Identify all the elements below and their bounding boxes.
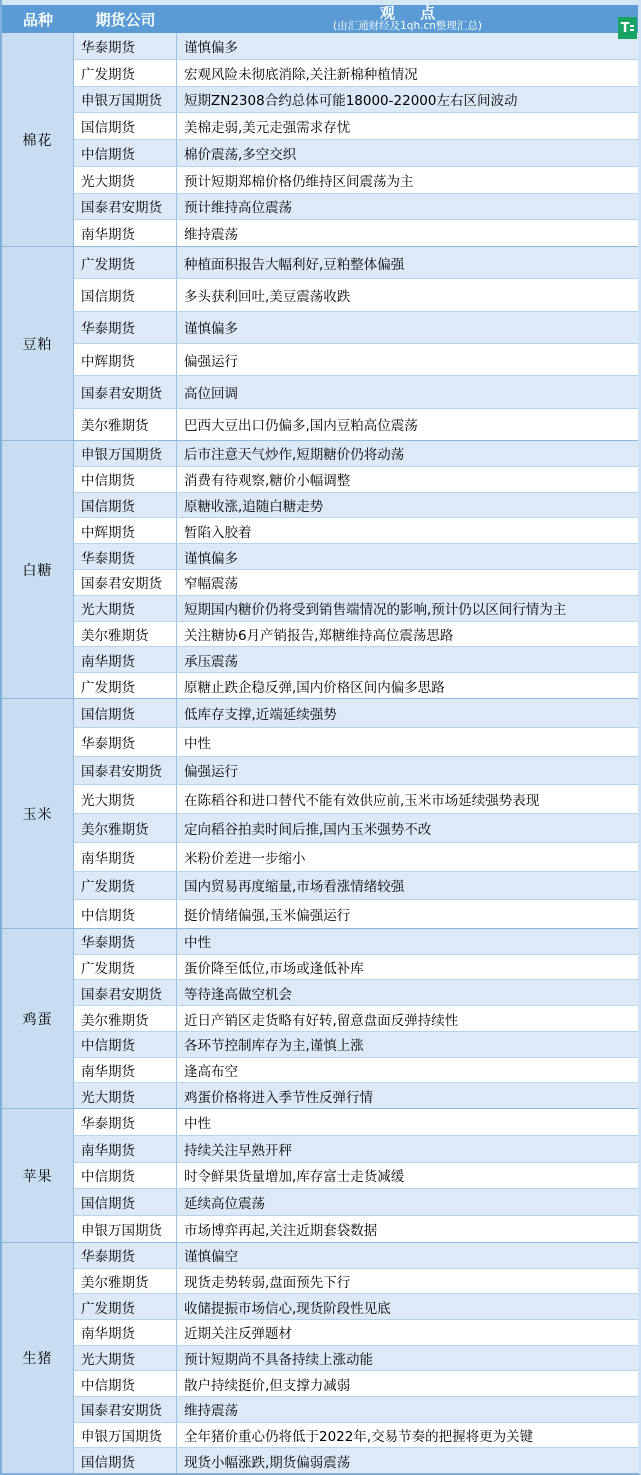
table-row: 南华期货承压震荡 [74,646,638,672]
table-row: 申银万国期货市场博弈再起,关注近期套袋数据 [74,1215,638,1242]
company-cell: 光大期货 [74,1346,177,1371]
group-rows: 华泰期货谨慎偏空美尔雅期货现货走势转弱,盘面预先下行广发期货收储提振市场信心,现… [74,1243,638,1473]
commodity-group: 鸡蛋华泰期货中性广发期货蛋价降至低位,市场或逢低补库国泰君安期货等待逢高做空机会… [2,928,638,1108]
group-rows: 华泰期货谨慎偏多广发期货宏观风险未彻底消除,关注新棉种植情况申银万国期货短期ZN… [74,33,638,246]
view-cell: 全年猪价重心仍将低于2022年,交易节奏的把握将更为关键 [177,1423,638,1448]
table-row: 美尔雅期货关注糖协6月产销报告,郑糖维持高位震荡思路 [74,621,638,647]
table-row: 美尔雅期货定向稻谷拍卖时间后推,国内玉米强势不改 [74,813,638,842]
company-cell: 中辉期货 [74,344,177,375]
company-cell: 国泰君安期货 [74,1397,177,1422]
view-cell: 等待逢高做空机会 [177,980,638,1005]
table-row: 中信期货散户持续挺价,但支撑力减弱 [74,1370,638,1396]
view-cell: 高位回调 [177,376,638,407]
company-cell: 国泰君安期货 [74,194,177,220]
view-cell: 中性 [177,1109,638,1135]
company-cell: 国泰君安期货 [74,376,177,407]
table-row: 中信期货棉价震荡,多空交织 [74,139,638,166]
company-cell: 中信期货 [74,1163,177,1189]
table-row: 广发期货原糖止跌企稳反弹,国内价格区间内偏多思路 [74,672,638,698]
company-cell: 申银万国期货 [74,87,177,113]
table-row: 申银万国期货全年猪价重心仍将低于2022年,交易节奏的把握将更为关键 [74,1422,638,1448]
view-cell: 巴西大豆出口仍偏多,国内豆粕高位震荡 [177,409,638,440]
view-cell: 棉价震荡,多空交织 [177,140,638,166]
table-row: 美尔雅期货巴西大豆出口仍偏多,国内豆粕高位震荡 [74,408,638,440]
company-cell: 广发期货 [74,955,177,980]
header-view-subtitle: (由汇通财经及1qh.cn整理汇总) [333,21,482,32]
company-cell: 广发期货 [74,1294,177,1319]
company-cell: 华泰期货 [74,33,177,59]
table-row: 光大期货预计短期郑棉价格仍维持区间震荡为主 [74,166,638,193]
view-cell: 短期国内糖价仍将受到销售端情况的影响,预计仍以区间行情为主 [177,596,638,621]
commodity-group: 生猪华泰期货谨慎偏空美尔雅期货现货走势转弱,盘面预先下行广发期货收储提振市场信心… [2,1242,638,1473]
table-row: 华泰期货谨慎偏多 [74,33,638,59]
company-cell: 华泰期货 [74,929,177,954]
table-row: 中信期货时令鲜果货量增加,库存富士走货减缓 [74,1162,638,1189]
view-cell: 宏观风险未彻底消除,关注新棉种植情况 [177,60,638,86]
commodity-group: 白糖申银万国期货后市注意天气炒作,短期糖价仍将动荡中信期货消费有待观察,糖价小幅… [2,440,638,698]
view-cell: 持续关注早熟开秤 [177,1136,638,1162]
table-row: 广发期货蛋价降至低位,市场或逢低补库 [74,954,638,980]
view-cell: 各环节控制库存为主,谨慎上涨 [177,1032,638,1057]
commodity-group: 豆粕广发期货种植面积报告大幅利好,豆粕整体偏强国信期货多头获利回吐,美豆震荡收跌… [2,246,638,440]
header-variety-column: 品种 [2,5,74,33]
company-cell: 华泰期货 [74,1243,177,1268]
view-cell: 国内贸易再度缩量,市场看涨情绪较强 [177,872,638,900]
view-cell: 中性 [177,728,638,756]
table-row: 光大期货鸡蛋价格将进入季节性反弹行情 [74,1082,638,1108]
commodity-group: 玉米国信期货低库存支撑,近端延续强势华泰期货中性国泰君安期货偏强运行光大期货在陈… [2,698,638,928]
futures-opinions-table: 品种 期货公司 观 点 (由汇通财经及1qh.cn整理汇总) T 棉花华泰期货谨… [0,0,641,1475]
table-row: 国泰君安期货窄幅震荡 [74,569,638,595]
view-cell: 市场博弈再起,关注近期套袋数据 [177,1216,638,1242]
table-row: 中信期货消费有待观察,糖价小幅调整 [74,466,638,492]
view-cell: 在陈稻谷和进口替代不能有效供应前,玉米市场延续强势表现 [177,785,638,813]
header-view-title: 观 点 [370,6,445,22]
variety-cell: 棉花 [2,33,74,246]
table-row: 中辉期货暂陷入胶着 [74,517,638,543]
table-row: 光大期货预计短期尚不具备持续上涨动能 [74,1345,638,1371]
view-cell: 近日产销区走货略有好转,留意盘面反弹持续性 [177,1006,638,1031]
view-cell: 维持震荡 [177,1397,638,1422]
view-cell: 鸡蛋价格将进入季节性反弹行情 [177,1083,638,1108]
company-cell: 国信期货 [74,699,177,727]
company-cell: 光大期货 [74,1083,177,1108]
company-cell: 南华期货 [74,1136,177,1162]
company-cell: 中信期货 [74,140,177,166]
table-row: 国信期货现货小幅涨跌,期货偏弱震荡 [74,1447,638,1473]
variety-cell: 玉米 [2,699,74,928]
view-cell: 预计维持高位震荡 [177,194,638,220]
view-cell: 预计短期郑棉价格仍维持区间震荡为主 [177,167,638,193]
table-row: 华泰期货中性 [74,929,638,954]
variety-cell: 生猪 [2,1243,74,1473]
table-row: 中辉期货偏强运行 [74,343,638,375]
table-row: 国泰君安期货等待逢高做空机会 [74,979,638,1005]
company-cell: 国泰君安期货 [74,980,177,1005]
company-cell: 中信期货 [74,1032,177,1057]
table-row: 光大期货短期国内糖价仍将受到销售端情况的影响,预计仍以区间行情为主 [74,595,638,621]
view-cell: 谨慎偏多 [177,544,638,569]
commodity-group: 苹果华泰期货中性南华期货持续关注早熟开秤中信期货时令鲜果货量增加,库存富士走货减… [2,1108,638,1242]
company-cell: 华泰期货 [74,1109,177,1135]
company-cell: 广发期货 [74,673,177,698]
company-cell: 申银万国期货 [74,1216,177,1242]
table-row: 美尔雅期货现货走势转弱,盘面预先下行 [74,1268,638,1294]
view-cell: 谨慎偏多 [177,312,638,343]
view-cell: 收储提振市场信心,现货阶段性见底 [177,1294,638,1319]
variety-cell: 白糖 [2,441,74,698]
variety-cell: 豆粕 [2,247,74,440]
header-view-column: 观 点 (由汇通财经及1qh.cn整理汇总) [177,5,638,33]
group-rows: 华泰期货中性广发期货蛋价降至低位,市场或逢低补库国泰君安期货等待逢高做空机会美尔… [74,929,638,1108]
company-cell: 国信期货 [74,113,177,139]
table-row: 国泰君安期货预计维持高位震荡 [74,193,638,220]
table-row: 华泰期货中性 [74,727,638,756]
view-cell: 消费有待观察,糖价小幅调整 [177,467,638,492]
table-row: 南华期货近期关注反弹题材 [74,1319,638,1345]
company-cell: 广发期货 [74,247,177,278]
view-cell: 原糖收涨,追随白糖走势 [177,493,638,518]
company-cell: 美尔雅期货 [74,409,177,440]
company-cell: 广发期货 [74,872,177,900]
view-cell: 后市注意天气炒作,短期糖价仍将动荡 [177,441,638,466]
table-row: 国信期货美棉走弱,美元走强需求存忧 [74,112,638,139]
view-cell: 中性 [177,929,638,954]
table-row: 华泰期货谨慎偏空 [74,1243,638,1268]
view-cell: 种植面积报告大幅利好,豆粕整体偏强 [177,247,638,278]
company-cell: 光大期货 [74,167,177,193]
company-cell: 光大期货 [74,785,177,813]
company-cell: 广发期货 [74,60,177,86]
table-row: 国泰君安期货维持震荡 [74,1396,638,1422]
view-cell: 散户持续挺价,但支撑力减弱 [177,1371,638,1396]
company-cell: 中信期货 [74,467,177,492]
group-rows: 广发期货种植面积报告大幅利好,豆粕整体偏强国信期货多头获利回吐,美豆震荡收跌华泰… [74,247,638,440]
company-cell: 国信期货 [74,1448,177,1473]
table-row: 广发期货国内贸易再度缩量,市场看涨情绪较强 [74,871,638,900]
table-row: 南华期货米粉价差进一步缩小 [74,842,638,871]
table-row: 华泰期货中性 [74,1109,638,1135]
company-cell: 国信期货 [74,279,177,310]
company-cell: 南华期货 [74,1058,177,1083]
company-cell: 中辉期货 [74,518,177,543]
company-cell: 申银万国期货 [74,1423,177,1448]
table-row: 广发期货种植面积报告大幅利好,豆粕整体偏强 [74,247,638,278]
view-cell: 近期关注反弹题材 [177,1320,638,1345]
view-cell: 维持震荡 [177,220,638,246]
text-tool-icon[interactable]: T [618,17,637,39]
table-row: 申银万国期货短期ZN2308合约总体可能18000-22000左右区间波动 [74,86,638,113]
table-row: 南华期货逢高布空 [74,1057,638,1083]
table-row: 华泰期货谨慎偏多 [74,311,638,343]
table-row: 南华期货持续关注早熟开秤 [74,1135,638,1162]
commodity-group: 棉花华泰期货谨慎偏多广发期货宏观风险未彻底消除,关注新棉种植情况申银万国期货短期… [2,33,638,246]
table-row: 南华期货维持震荡 [74,219,638,246]
table-row: 广发期货收储提振市场信心,现货阶段性见底 [74,1293,638,1319]
table-row: 美尔雅期货近日产销区走货略有好转,留意盘面反弹持续性 [74,1005,638,1031]
view-cell: 原糖止跌企稳反弹,国内价格区间内偏多思路 [177,673,638,698]
view-cell: 窄幅震荡 [177,570,638,595]
table-row: 华泰期货谨慎偏多 [74,543,638,569]
company-cell: 美尔雅期货 [74,814,177,842]
view-cell: 现货小幅涨跌,期货偏弱震荡 [177,1448,638,1473]
company-cell: 国泰君安期货 [74,570,177,595]
variety-cell: 苹果 [2,1109,74,1242]
company-cell: 华泰期货 [74,544,177,569]
company-cell: 国信期货 [74,493,177,518]
view-cell: 关注糖协6月产销报告,郑糖维持高位震荡思路 [177,622,638,647]
view-cell: 低库存支撑,近端延续强势 [177,699,638,727]
company-cell: 美尔雅期货 [74,1006,177,1031]
table-row: 申银万国期货后市注意天气炒作,短期糖价仍将动荡 [74,441,638,466]
company-cell: 国信期货 [74,1189,177,1215]
company-cell: 申银万国期货 [74,441,177,466]
table-row: 国信期货延续高位震荡 [74,1188,638,1215]
table-row: 光大期货在陈稻谷和进口替代不能有效供应前,玉米市场延续强势表现 [74,784,638,813]
table-row: 国泰君安期货高位回调 [74,375,638,407]
view-cell: 蛋价降至低位,市场或逢低补库 [177,955,638,980]
company-cell: 华泰期货 [74,728,177,756]
view-cell: 暂陷入胶着 [177,518,638,543]
table-header: 品种 期货公司 观 点 (由汇通财经及1qh.cn整理汇总) [2,5,638,33]
view-cell: 承压震荡 [177,647,638,672]
company-cell: 南华期货 [74,1320,177,1345]
company-cell: 美尔雅期货 [74,622,177,647]
view-cell: 短期ZN2308合约总体可能18000-22000左右区间波动 [177,87,638,113]
table-row: 中信期货挺价情绪偏强,玉米偏强运行 [74,899,638,928]
company-cell: 美尔雅期货 [74,1269,177,1294]
company-cell: 南华期货 [74,647,177,672]
group-rows: 国信期货低库存支撑,近端延续强势华泰期货中性国泰君安期货偏强运行光大期货在陈稻谷… [74,699,638,928]
company-cell: 中信期货 [74,1371,177,1396]
view-cell: 现货走势转弱,盘面预先下行 [177,1269,638,1294]
variety-cell: 鸡蛋 [2,929,74,1108]
table-row: 国信期货多头获利回吐,美豆震荡收跌 [74,278,638,310]
table-row: 中信期货各环节控制库存为主,谨慎上涨 [74,1031,638,1057]
company-cell: 中信期货 [74,900,177,928]
view-cell: 预计短期尚不具备持续上涨动能 [177,1346,638,1371]
view-cell: 时令鲜果货量增加,库存富士走货减缓 [177,1163,638,1189]
view-cell: 美棉走弱,美元走强需求存忧 [177,113,638,139]
view-cell: 谨慎偏空 [177,1243,638,1268]
table-row: 广发期货宏观风险未彻底消除,关注新棉种植情况 [74,59,638,86]
company-cell: 光大期货 [74,596,177,621]
view-cell: 延续高位震荡 [177,1189,638,1215]
group-rows: 华泰期货中性南华期货持续关注早熟开秤中信期货时令鲜果货量增加,库存富士走货减缓国… [74,1109,638,1242]
group-rows: 申银万国期货后市注意天气炒作,短期糖价仍将动荡中信期货消费有待观察,糖价小幅调整… [74,441,638,698]
company-cell: 南华期货 [74,220,177,246]
company-cell: 国泰君安期货 [74,757,177,785]
view-cell: 多头获利回吐,美豆震荡收跌 [177,279,638,310]
view-cell: 米粉价差进一步缩小 [177,843,638,871]
table-row: 国信期货原糖收涨,追随白糖走势 [74,492,638,518]
view-cell: 定向稻谷拍卖时间后推,国内玉米强势不改 [177,814,638,842]
view-cell: 谨慎偏多 [177,33,638,59]
view-cell: 逢高布空 [177,1058,638,1083]
company-cell: 华泰期货 [74,312,177,343]
table-body: 棉花华泰期货谨慎偏多广发期货宏观风险未彻底消除,关注新棉种植情况申银万国期货短期… [2,33,638,1473]
table-row: 国泰君安期货偏强运行 [74,756,638,785]
view-cell: 挺价情绪偏强,玉米偏强运行 [177,900,638,928]
view-cell: 偏强运行 [177,344,638,375]
view-cell: 偏强运行 [177,757,638,785]
header-company-column: 期货公司 [74,5,177,33]
company-cell: 南华期货 [74,843,177,871]
table-row: 国信期货低库存支撑,近端延续强势 [74,699,638,727]
